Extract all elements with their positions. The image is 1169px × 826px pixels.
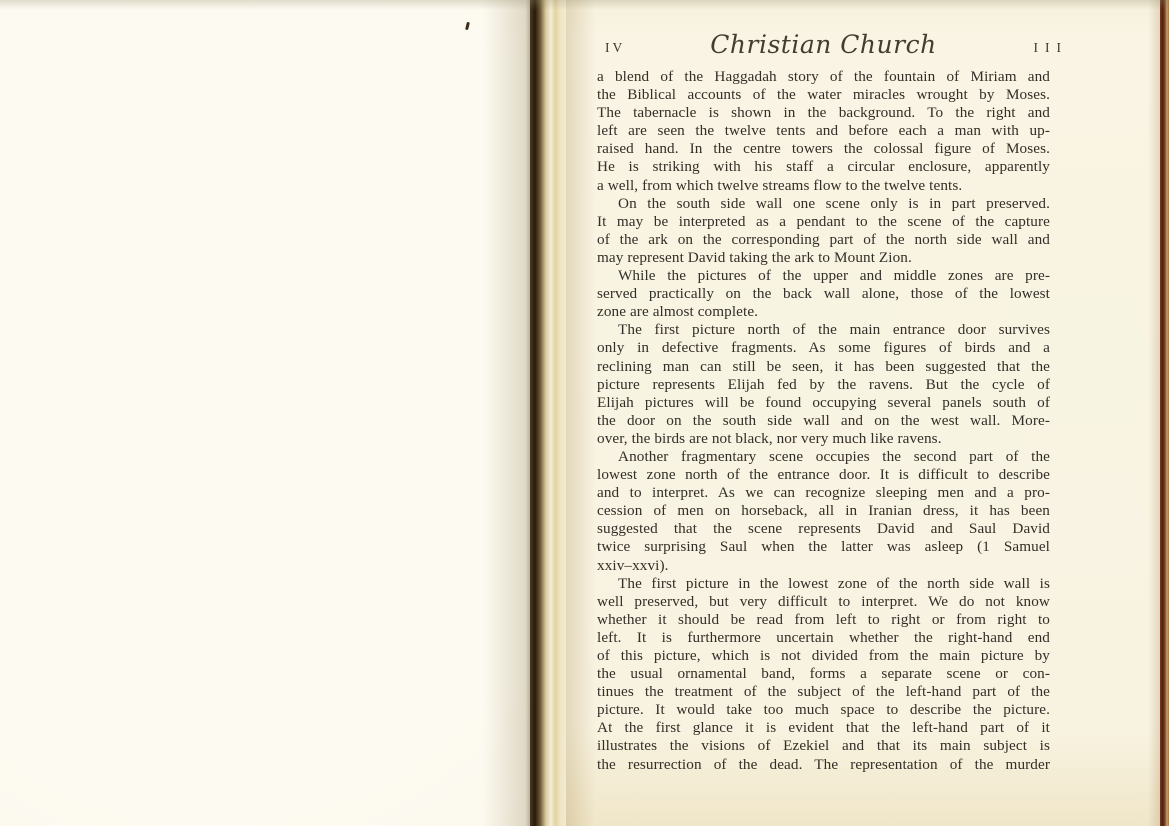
text-line: the usual ornamental band, forms a separ…: [597, 665, 1050, 683]
text-line: On the south side wall one scene only is…: [597, 195, 1050, 213]
text-line: left. It is furthermore uncertain whethe…: [597, 629, 1050, 647]
text-line: a blend of the Haggadah story of the fou…: [597, 68, 1050, 86]
text-line: The first picture north of the main entr…: [597, 321, 1050, 339]
left-blank-page: [0, 0, 536, 826]
text-line: While the pictures of the upper and midd…: [597, 267, 1050, 285]
text-line: well preserved, but very difficult to in…: [597, 593, 1050, 611]
text-line: over, the birds are not black, nor very …: [597, 430, 1050, 448]
text-line: lowest zone north of the entrance door. …: [597, 466, 1050, 484]
text-line: xxiv–xxvi).: [597, 557, 1050, 575]
text-line: He is striking with his staff a circular…: [597, 158, 1050, 176]
text-line: cession of men on horseback, all in Iran…: [597, 502, 1050, 520]
ink-speck: [465, 22, 470, 30]
running-head: IV Christian Church III: [597, 30, 1050, 64]
text-line: At the first glance it is evident that t…: [597, 719, 1050, 737]
text-line: raised hand. In the centre towers the co…: [597, 140, 1050, 158]
text-line: It may be interpreted as a pendant to th…: [597, 213, 1050, 231]
text-line: the resurrection of the dead. The repres…: [597, 756, 1050, 774]
text-line: Elijah pictures will be found occupying …: [597, 394, 1050, 412]
text-line: illustrates the visions of Ezekiel and t…: [597, 737, 1050, 755]
page-number: III: [1034, 40, 1069, 56]
text-line: The first picture in the lowest zone of …: [597, 575, 1050, 593]
text-line: a well, from which twelve streams flow t…: [597, 177, 1050, 195]
page-gutter: [530, 0, 566, 826]
text-line: the Biblical accounts of the water mirac…: [597, 86, 1050, 104]
text-line: of the ark on the corresponding part of …: [597, 231, 1050, 249]
text-line: whether it should be read from left to r…: [597, 611, 1050, 629]
page-right-edge: [1160, 0, 1169, 826]
text-line: suggested that the scene represents Davi…: [597, 520, 1050, 538]
text-line: served practically on the back wall alon…: [597, 285, 1050, 303]
text-line: the door on the south side wall and on t…: [597, 412, 1050, 430]
book-scan: IV Christian Church III a blend of the H…: [0, 0, 1169, 826]
text-line: Another fragmentary scene occupies the s…: [597, 448, 1050, 466]
text-line: left are seen the twelve tents and befor…: [597, 122, 1050, 140]
running-title: Christian Church: [597, 30, 1050, 59]
text-line: only in defective fragments. As some fig…: [597, 339, 1050, 357]
text-line: twice surprising Saul when the latter wa…: [597, 538, 1050, 556]
text-block: a blend of the Haggadah story of the fou…: [597, 68, 1050, 774]
text-line: reclining man can still be seen, it has …: [597, 358, 1050, 376]
text-line: of this picture, which is not divided fr…: [597, 647, 1050, 665]
text-line: picture represents Elijah fed by the rav…: [597, 376, 1050, 394]
text-line: The tabernacle is shown in the backgroun…: [597, 104, 1050, 122]
text-line: zone are almost complete.: [597, 303, 1050, 321]
right-text-page: IV Christian Church III a blend of the H…: [566, 0, 1160, 826]
text-line: picture. It would take too much space to…: [597, 701, 1050, 719]
text-line: may represent David taking the ark to Mo…: [597, 249, 1050, 267]
text-line: tinues the treatment of the subject of t…: [597, 683, 1050, 701]
text-line: and to interpret. As we can recognize sl…: [597, 484, 1050, 502]
